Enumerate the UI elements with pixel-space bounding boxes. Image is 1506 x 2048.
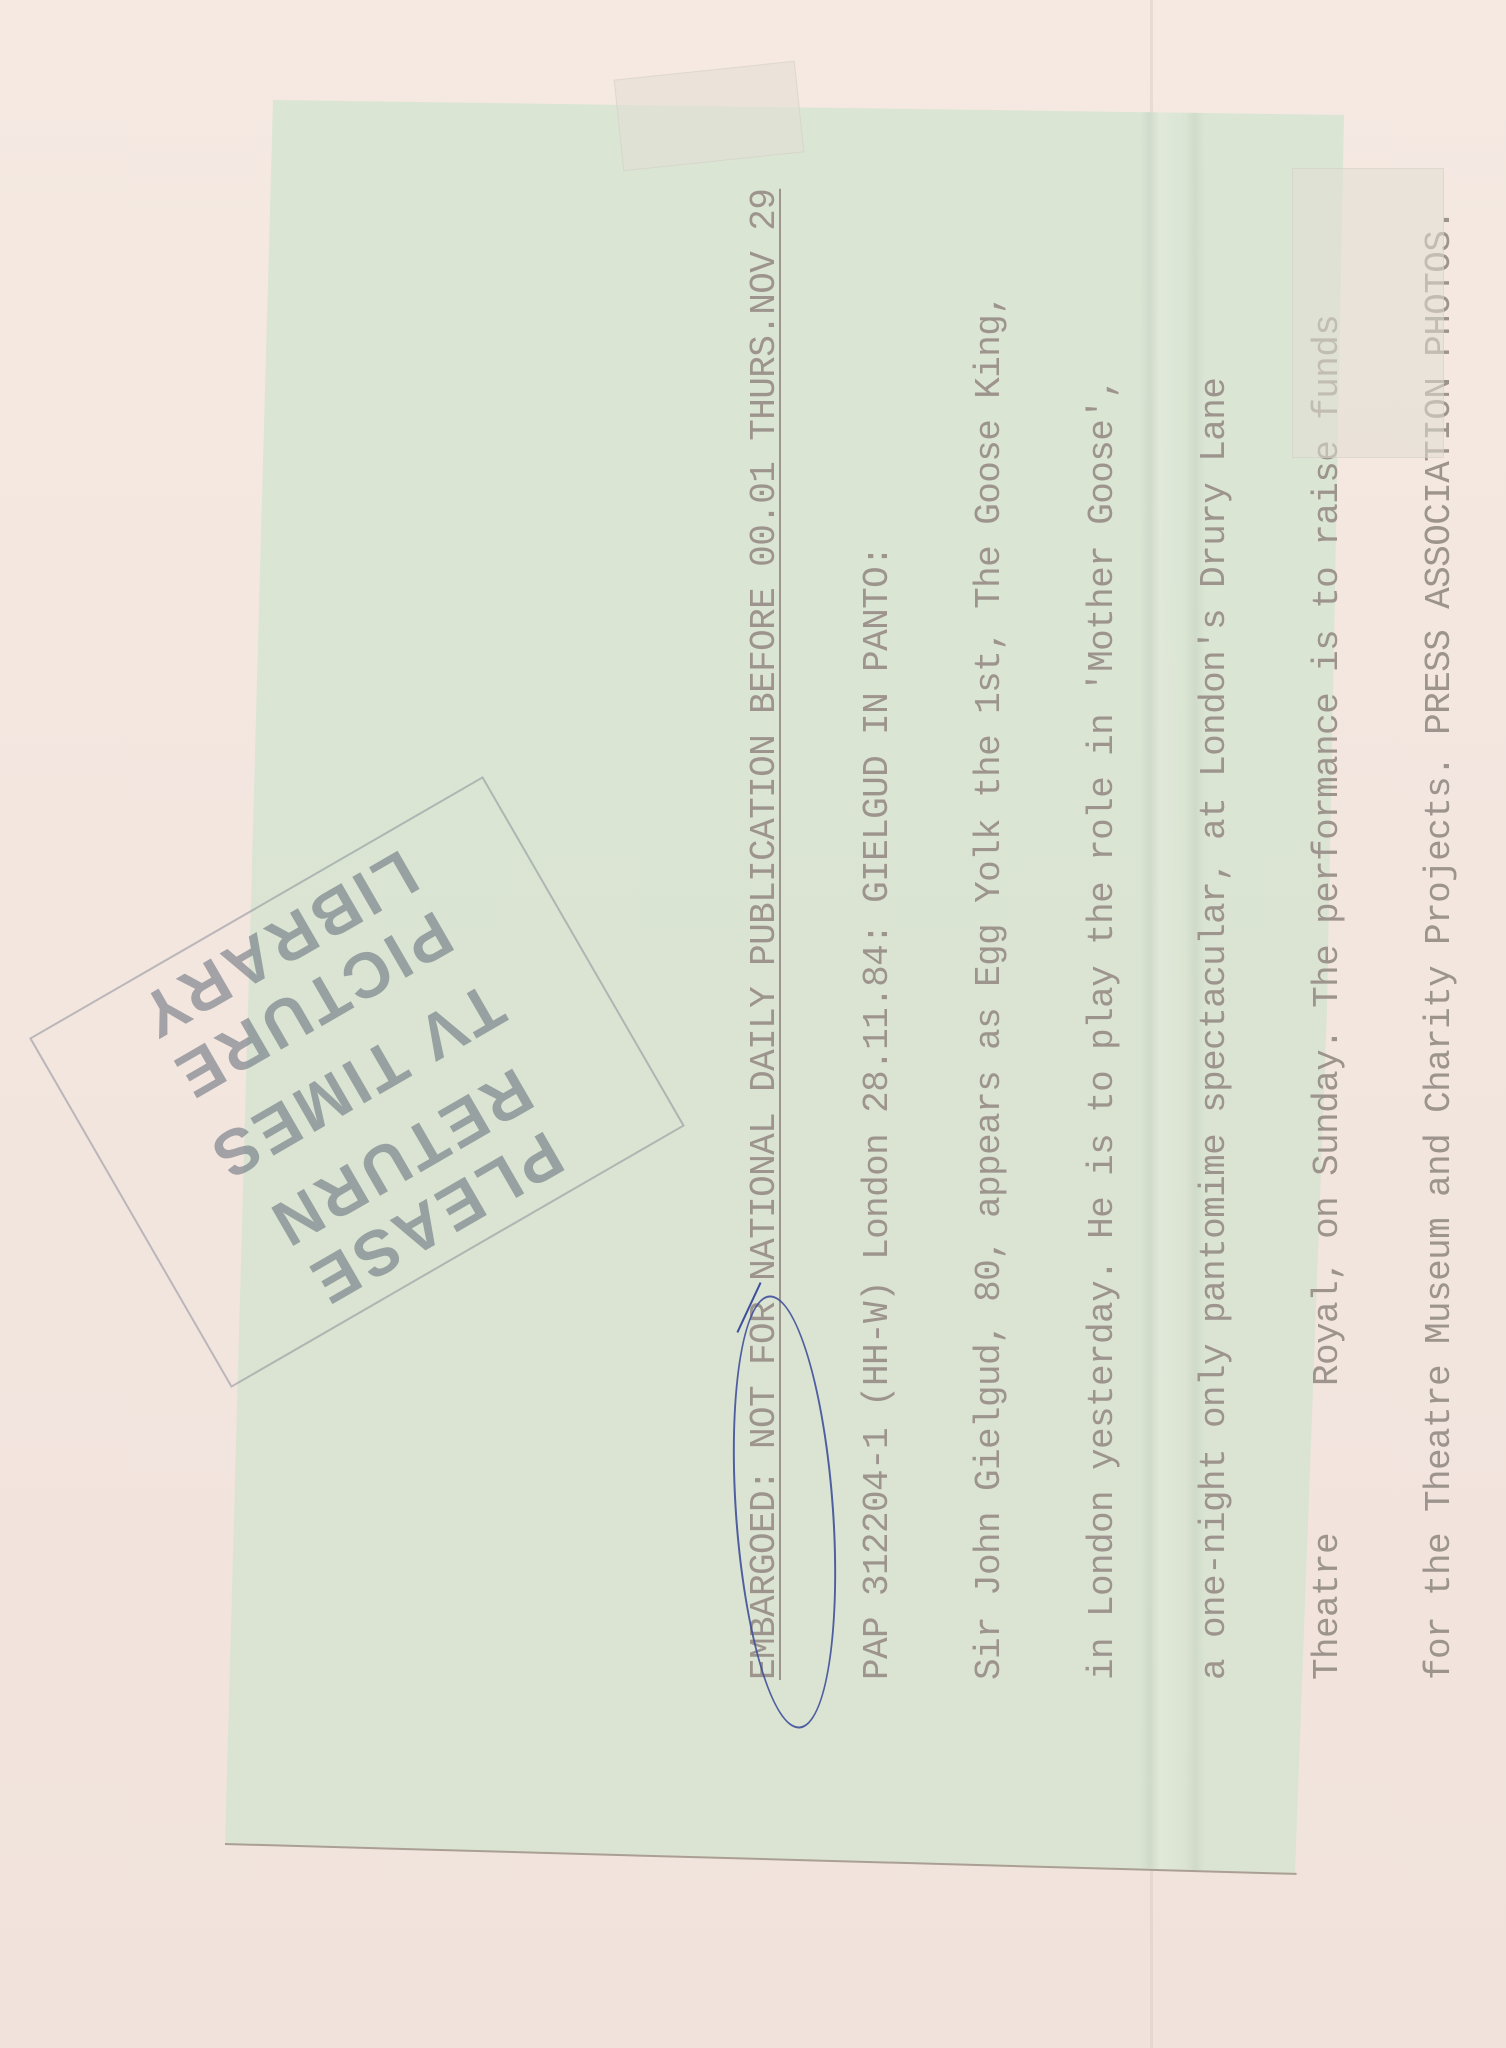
caption-line: Sir John Gielgud, 80, appears as Egg Yol… (971, 189, 1009, 1680)
adhesive-tape-right (1292, 168, 1444, 458)
caption-line: a one-night only pantomime spectacular, … (1196, 189, 1234, 1680)
caption-line: in London yesterday. He is to play the r… (1084, 189, 1122, 1680)
caption-line-reference: PAP 312204-1 (HH-W) London 28.11.84: GIE… (859, 189, 897, 1680)
adhesive-tape-top (614, 61, 805, 172)
